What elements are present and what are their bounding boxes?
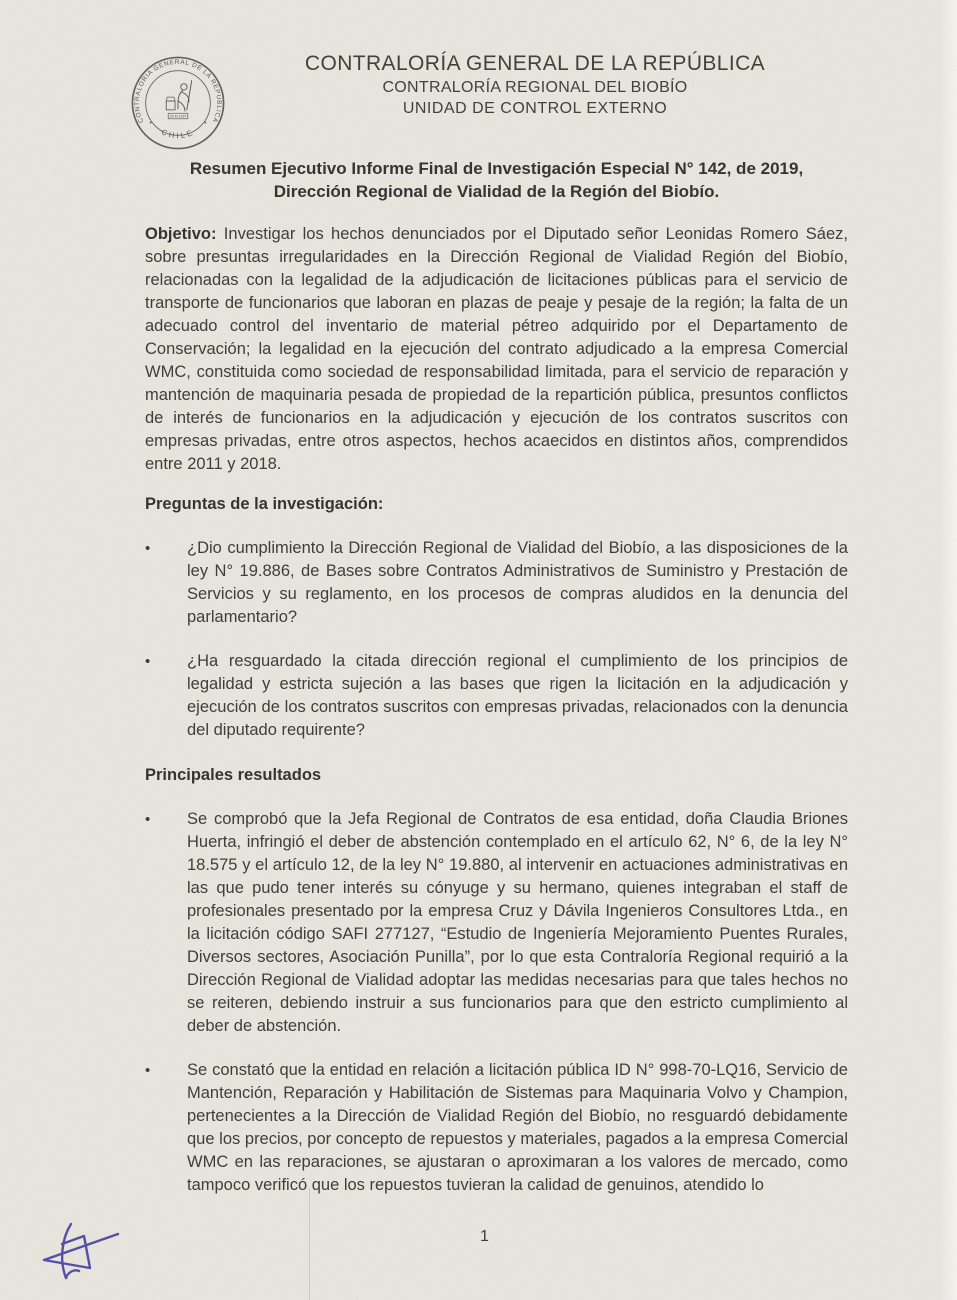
letterhead: CONTRALORIA GENERAL DE LA REPUBLICA CHIL… [0, 0, 957, 119]
objective-paragraph: Objetivo: Investigar los hechos denuncia… [145, 223, 848, 476]
result-item: • Se comprobó que la Jefa Regional de Co… [145, 808, 848, 1038]
scanned-document-page: CONTRALORIA GENERAL DE LA REPUBLICA CHIL… [0, 0, 957, 1300]
handwritten-paraph-mark [22, 1218, 126, 1284]
bullet-icon: • [145, 808, 187, 1038]
document-title-line1: Resumen Ejecutivo Informe Final de Inves… [145, 157, 848, 180]
results-heading: Principales resultados [145, 764, 848, 787]
document-title: Resumen Ejecutivo Informe Final de Inves… [145, 157, 848, 203]
result-item-text: Se comprobó que la Jefa Regional de Cont… [187, 808, 848, 1038]
seal-date-plaque: 26-III-1927 [168, 113, 188, 118]
document-title-line2: Dirección Regional de Vialidad de la Reg… [145, 180, 848, 203]
seal-country-text: CHILE [160, 127, 196, 140]
objective-label: Objetivo: [145, 225, 217, 243]
question-item: • ¿Dio cumplimiento la Dirección Regiona… [145, 537, 848, 629]
scan-crease-line [309, 1188, 310, 1300]
contraloria-seal: CONTRALORIA GENERAL DE LA REPUBLICA CHIL… [129, 54, 227, 152]
objective-text: Investigar los hechos denunciados por el… [145, 225, 848, 473]
bullet-icon: • [145, 1059, 187, 1197]
org-name: CONTRALORÍA GENERAL DE LA REPÚBLICA [230, 50, 840, 77]
scan-edge-highlight [939, 0, 957, 1300]
bullet-icon: • [145, 537, 187, 629]
org-unit: UNIDAD DE CONTROL EXTERNO [230, 98, 840, 119]
seal-dot-left [150, 122, 152, 124]
question-item-text: ¿Ha resguardado la citada dirección regi… [187, 650, 848, 742]
result-item: • Se constató que la entidad en relación… [145, 1059, 848, 1197]
page-number: 1 [480, 1228, 489, 1246]
seal-dot-right [205, 122, 207, 124]
letterhead-text: CONTRALORÍA GENERAL DE LA REPÚBLICA CONT… [230, 50, 840, 119]
org-regional: CONTRALORÍA REGIONAL DEL BIOBÍO [230, 77, 840, 98]
seal-figure [166, 80, 191, 110]
bullet-icon: • [145, 650, 187, 742]
question-item-text: ¿Dio cumplimiento la Dirección Regional … [187, 537, 848, 629]
questions-heading: Preguntas de la investigación: [145, 493, 848, 516]
question-item: • ¿Ha resguardado la citada dirección re… [145, 650, 848, 742]
seal-date-text: 26-III-1927 [169, 115, 186, 119]
result-item-text: Se constató que la entidad en relación a… [187, 1059, 848, 1197]
